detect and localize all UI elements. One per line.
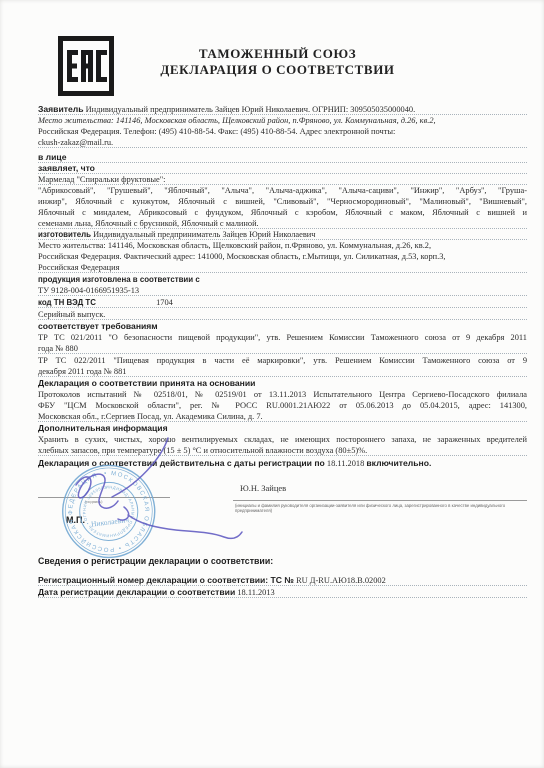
basis-line1: Протоколов испытаний № 02518/01, № 02519… bbox=[38, 389, 527, 400]
document-body: Заявитель Индивидуальный предприниматель… bbox=[38, 104, 527, 598]
applicant-label: Заявитель bbox=[38, 104, 83, 114]
tr1-line1: ТР ТС 021/2011 "О безопасности пищевой п… bbox=[38, 332, 527, 343]
registration-number-row: Регистрационный номер декларации о соотв… bbox=[38, 575, 527, 586]
signatory-name: Ю.Н. Зайцев bbox=[240, 483, 286, 493]
stamp-center-text: Николаевич bbox=[91, 515, 130, 529]
applicant-address-line2: Российская Федерация. Телефон: (495) 410… bbox=[38, 126, 527, 137]
name-caption: (инициалы и фамилия руководителя организ… bbox=[235, 503, 527, 513]
basis-label: Декларация о соответствии принята на осн… bbox=[38, 378, 255, 388]
validity-date: 18.11.2018 bbox=[327, 459, 364, 468]
in-person-row: в лице bbox=[38, 152, 527, 163]
requirements-label: соответствует требованиям bbox=[38, 321, 158, 331]
applicant-address-line1: Место жительства: 141146, Московская обл… bbox=[38, 115, 527, 126]
declares-row: заявляет, что bbox=[38, 163, 527, 174]
title-line-1: ТАМОЖЕННЫЙ СОЮЗ bbox=[55, 46, 500, 62]
manufacturer-value: Индивидуальный предприниматель Зайцев Юр… bbox=[93, 230, 315, 239]
tr2-line1: ТР ТС 022/2011 "Пищевая продукция в част… bbox=[38, 355, 527, 366]
additional-line2: хлебных запасов, при температуре (15 ± 5… bbox=[38, 445, 527, 456]
validity-suffix: включительно. bbox=[366, 458, 431, 468]
manufacturer-address-line3: Российская Федерация bbox=[38, 262, 527, 273]
tr1-line2: года № 880 bbox=[38, 343, 527, 354]
product-variants-line2: инжир", Яблочный с кунжутом, Яблочный с … bbox=[38, 196, 527, 207]
requirements-header: соответствует требованиям bbox=[38, 321, 527, 332]
basis-line3: Московская обл., г.Сергиев Посад, ул. Ак… bbox=[38, 411, 527, 422]
svg-text:• МОСКОВСКАЯ ОБЛАСТЬ • РОССИЙС: • МОСКОВСКАЯ ОБЛАСТЬ • РОССИЙСКАЯ ФЕДЕРА… bbox=[63, 466, 153, 556]
applicant-value: Индивидуальный предприниматель Зайцев Юр… bbox=[86, 105, 416, 114]
product-variants-line1: "Абрикосовый", "Грушевый", "Яблочный", "… bbox=[38, 185, 527, 196]
declaration-document: ТАМОЖЕННЫЙ СОЮЗ ДЕКЛАРАЦИЯ О СООТВЕТСТВИ… bbox=[0, 0, 544, 768]
registration-date-label: Дата регистрации декларации о соответств… bbox=[38, 587, 235, 597]
additional-header: Дополнительная информация bbox=[38, 423, 527, 434]
tn-ved-label: код ТН ВЭД ТС bbox=[38, 298, 96, 307]
product-variants-line4: семенами льна, Яблочный с брусникой, Ябл… bbox=[38, 218, 527, 229]
in-person-label: в лице bbox=[38, 152, 66, 162]
basis-line2: ФБУ "ЦСМ Московской области", рег. № РОС… bbox=[38, 400, 527, 411]
document-title: ТАМОЖЕННЫЙ СОЮЗ ДЕКЛАРАЦИЯ О СООТВЕТСТВИ… bbox=[55, 46, 500, 78]
product-variants-line3: Яблочный с миндалем, Абрикосовый с фунду… bbox=[38, 207, 527, 218]
registration-date-row: Дата регистрации декларации о соответств… bbox=[38, 587, 527, 598]
tn-ved-value: 1704 bbox=[156, 298, 173, 307]
tn-ved-row: код ТН ВЭД ТС 1704 bbox=[38, 297, 527, 308]
manufacturer-row: изготовитель Индивидуальный предпринимат… bbox=[38, 229, 527, 240]
basis-header: Декларация о соответствии принята на осн… bbox=[38, 378, 527, 389]
additional-label: Дополнительная информация bbox=[38, 423, 168, 433]
name-line bbox=[233, 500, 527, 501]
signature-block: (подпись) М.П. Ю.Н. Зайцев (инициалы и ф… bbox=[38, 469, 527, 556]
production-value: ТУ 9128-004-0166951935-13 bbox=[38, 285, 527, 296]
production-label: продукция изготовлена в соответствии с bbox=[38, 275, 200, 284]
round-stamp: • МОСКОВСКАЯ ОБЛАСТЬ • РОССИЙСКАЯ ФЕДЕРА… bbox=[39, 452, 203, 589]
manufacturer-address-line2: Российская Федерация. Фактический адрес:… bbox=[38, 251, 527, 262]
applicant-email: ckush-zakaz@mail.ru. bbox=[38, 137, 527, 148]
registration-number-value: RU Д-RU.АЮ18.В.02002 bbox=[296, 576, 386, 585]
applicant-row: Заявитель Индивидуальный предприниматель… bbox=[38, 104, 527, 115]
registration-date-value: 18.11.2013 bbox=[237, 588, 274, 597]
additional-line1: Хранить в сухих, чистых, хорошо вентилир… bbox=[38, 434, 527, 445]
declares-label: заявляет, что bbox=[38, 163, 95, 173]
serial-row: Серийный выпуск. bbox=[38, 309, 527, 320]
manufacturer-label: изготовитель bbox=[38, 230, 91, 239]
manufacturer-address-line1: Место жительства: 141146, Московская обл… bbox=[38, 240, 527, 251]
product-name: Мармелад "Спиральки фруктовые": bbox=[38, 174, 527, 185]
tr2-line2: декабря 2011 года № 881 bbox=[38, 366, 527, 377]
production-label-row: продукция изготовлена в соответствии с bbox=[38, 274, 527, 285]
title-line-2: ДЕКЛАРАЦИЯ О СООТВЕТСТВИИ bbox=[55, 62, 500, 78]
registration-number-label: Регистрационный номер декларации о соотв… bbox=[38, 575, 294, 585]
stamp-outer-text: • МОСКОВСКАЯ ОБЛАСТЬ • РОССИЙСКАЯ ФЕДЕРА… bbox=[63, 466, 153, 556]
